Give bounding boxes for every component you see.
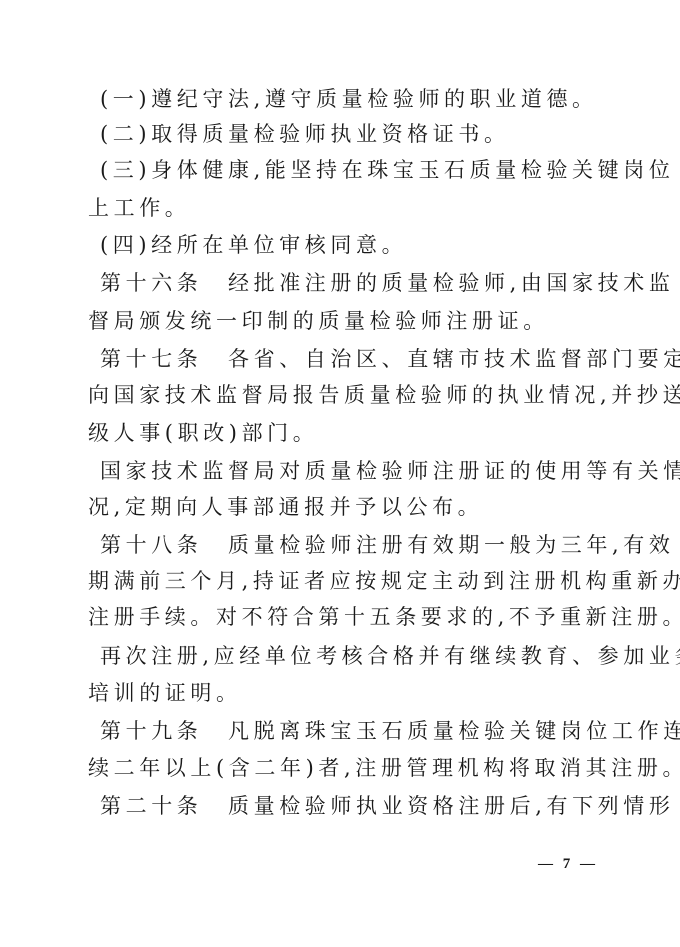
text-line: 向国家技术监督局报告质量检验师的执业情况,并抄送同	[88, 382, 618, 408]
text-line: 第十七条 各省、自治区、直辖市技术监督部门要定期	[100, 346, 630, 372]
text-line: 级人事(职改)部门。	[88, 420, 618, 446]
text-line: 第十九条 凡脱离珠宝玉石质量检验关键岗位工作连	[100, 718, 630, 744]
text-line: 第十六条 经批准注册的质量检验师,由国家技术监	[100, 270, 630, 296]
text-line: 督局颁发统一印制的质量检验师注册证。	[88, 308, 618, 334]
text-line: 上工作。	[88, 195, 618, 221]
text-line: (二)取得质量检验师执业资格证书。	[100, 121, 630, 147]
text-line: 第二十条 质量检验师执业资格注册后,有下列情形	[100, 793, 630, 819]
text-line: (三)身体健康,能坚持在珠宝玉石质量检验关键岗位	[100, 157, 630, 183]
text-line: 期满前三个月,持证者应按规定主动到注册机构重新办理	[88, 568, 618, 594]
text-line: (一)遵纪守法,遵守质量检验师的职业道德。	[100, 86, 630, 112]
text-line: (四)经所在单位审核同意。	[100, 232, 630, 258]
page-number: — 7 —	[538, 856, 598, 873]
text-line: 培训的证明。	[88, 680, 618, 706]
text-line: 注册手续。对不符合第十五条要求的,不予重新注册。	[88, 604, 618, 630]
text-line: 第十八条 质量检验师注册有效期一般为三年,有效	[100, 532, 630, 558]
text-line: 况,定期向人事部通报并予以公布。	[88, 494, 618, 520]
text-line: 再次注册,应经单位考核合格并有继续教育、参加业务	[100, 643, 630, 669]
document-page: (一)遵纪守法,遵守质量检验师的职业道德。(二)取得质量检验师执业资格证书。(三…	[0, 0, 680, 947]
text-line: 续二年以上(含二年)者,注册管理机构将取消其注册。	[88, 755, 618, 781]
text-line: 国家技术监督局对质量检验师注册证的使用等有关情	[100, 458, 630, 484]
